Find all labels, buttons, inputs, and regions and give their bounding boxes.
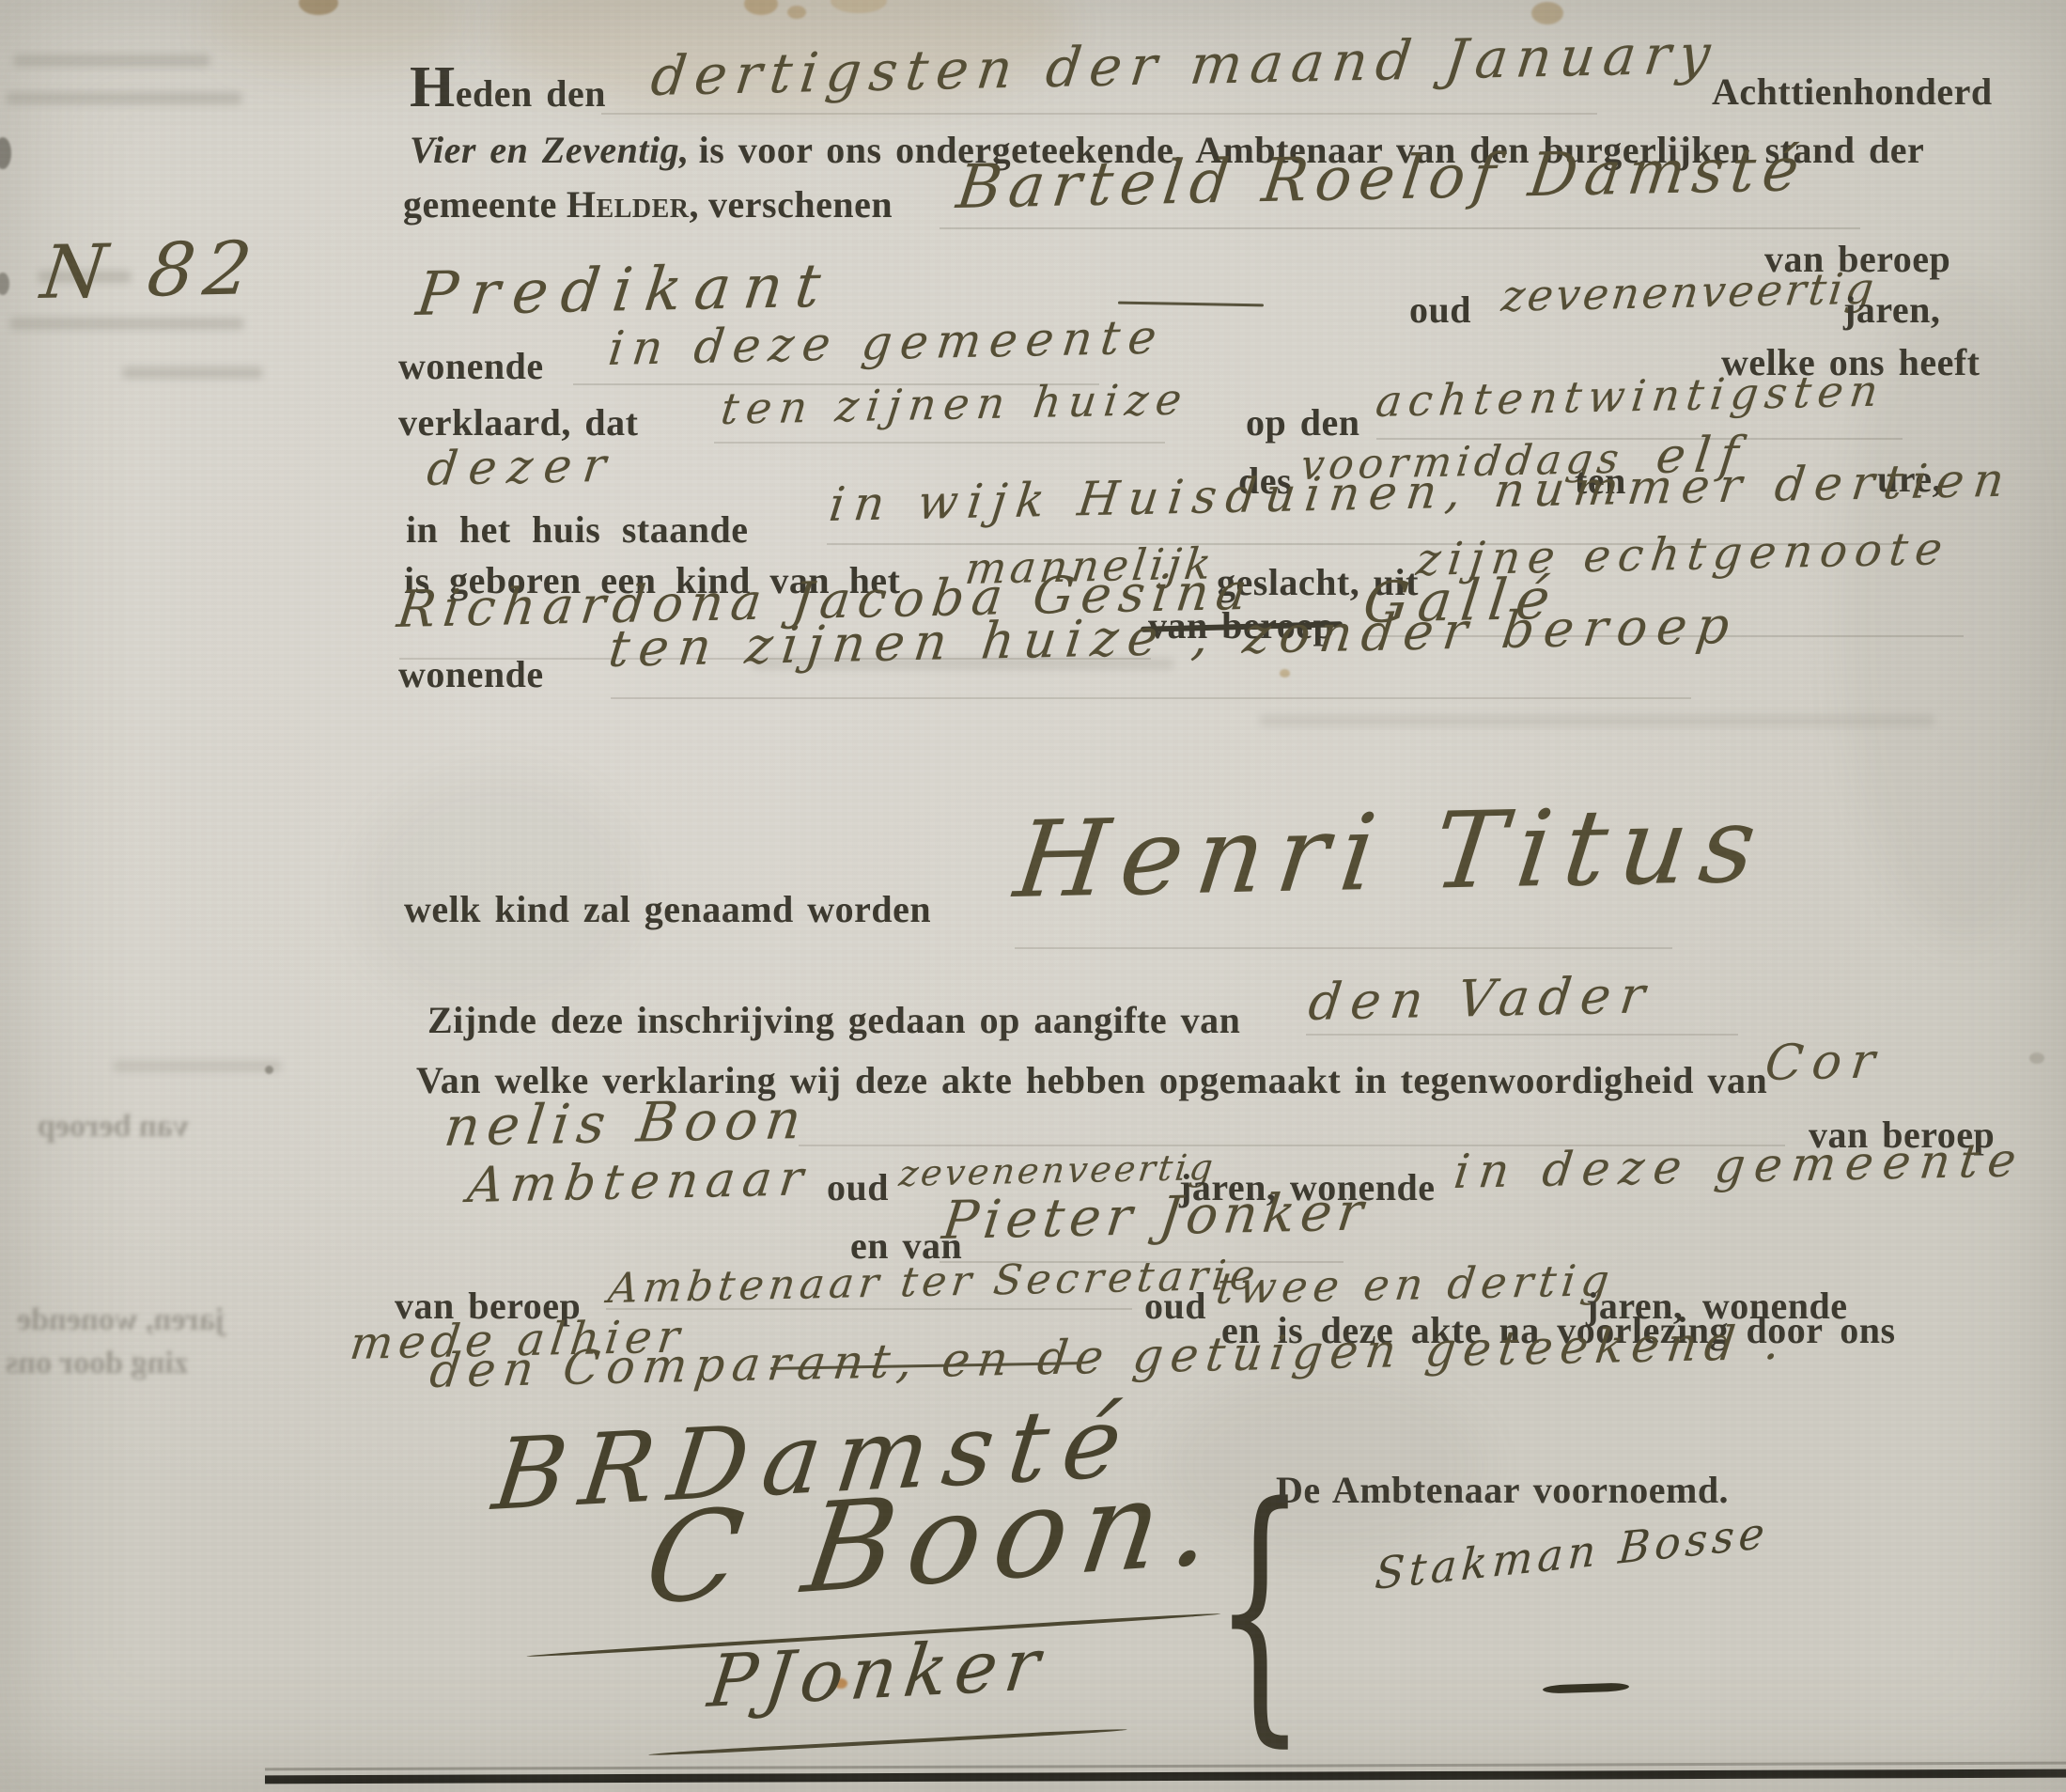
foxing-spot — [787, 6, 806, 19]
bleed-through-text: zing door ons — [6, 1346, 188, 1381]
label-zijnde: Zijnde deze inschrijving gedaan op aangi… — [427, 1002, 1240, 1039]
witness1-name-part2: nelis Boon — [442, 1092, 812, 1154]
bleed-through-strip — [122, 366, 263, 379]
form-baseline — [1306, 1034, 1738, 1036]
declarant-profession: Predikant — [413, 257, 836, 325]
label-jaren: jaren, — [1843, 291, 1940, 329]
bleed-through-text: jaren, wonende — [17, 1302, 225, 1338]
edge-mark — [0, 137, 11, 169]
form-baseline — [601, 113, 1597, 115]
declarant-age: zevenenveertig — [1499, 267, 1879, 318]
label-achttienhonderd: Achttienhonderd — [1712, 73, 1993, 111]
dezer-handwritten: dezer — [425, 442, 619, 492]
witness2-age: twee en dertig — [1214, 1258, 1617, 1310]
witness2-name: Pieter Jonker — [940, 1186, 1372, 1248]
gemeente-line: gemeenteHelder,verschenen — [403, 186, 893, 224]
signature-flourish — [648, 1728, 1127, 1757]
birth-day: achtentwintigsten — [1374, 369, 1887, 423]
label-verschenen: verschenen — [708, 183, 893, 226]
label-wonende-2: wonende — [398, 656, 544, 693]
label-oud-3: oud — [1144, 1287, 1206, 1325]
birth-certificate-scan: van beroep jaren, wonende zing door ons … — [0, 0, 2066, 1792]
signature-witness1: C Boon. — [639, 1457, 1234, 1622]
label-wonende: wonende — [398, 348, 544, 385]
house-location: in wijk Huisduinen, nummer dertien — [827, 456, 2016, 528]
label-gemeente: gemeente — [403, 183, 557, 226]
signature-witness2: PJonker — [705, 1628, 1051, 1718]
form-baseline — [1015, 947, 1672, 949]
pen-dash — [1118, 302, 1264, 307]
bleed-through-strip — [113, 1060, 282, 1072]
bleed-through-strip — [6, 92, 242, 104]
gemeente-name: Helder, — [567, 183, 699, 226]
year-italic: Vier en Zeventig, — [410, 129, 690, 171]
edge-mark — [0, 273, 9, 295]
label-op-den: op den — [1246, 404, 1360, 442]
form-baseline — [714, 442, 1165, 444]
informant: den Vader — [1306, 970, 1656, 1028]
label-heden-den: Heden den — [410, 58, 606, 117]
bleed-through-strip — [9, 318, 244, 330]
declarant-residence: in deze gemeente — [606, 313, 1167, 372]
child-name: Henri Titus — [1010, 792, 1774, 913]
label-oud: oud — [1409, 291, 1471, 329]
label-welk-kind: welk kind zal genaamd worden — [404, 891, 931, 928]
bottom-rule — [265, 1769, 2066, 1784]
signature-underline — [1543, 1682, 1629, 1693]
label-de-ambtenaar: De Ambtenaar voornoemd. — [1276, 1472, 1729, 1509]
act-number: N 82 — [38, 232, 265, 310]
form-baseline — [611, 697, 1691, 699]
birth-location: ten zijnen huize — [719, 377, 1191, 430]
label-oud-2: oud — [827, 1169, 889, 1207]
declarant-name: Barteld Roelof Damsté — [954, 140, 1810, 218]
label-verklaard-dat: verklaard, dat — [398, 404, 638, 442]
label-in-het-huis: in het huis staande — [406, 511, 748, 549]
witness1-residence: in deze gemeente — [1452, 1136, 2027, 1195]
bleed-through-text: van beroep — [38, 1109, 189, 1145]
ink-speck — [2029, 1052, 2044, 1064]
witness1-name-part1: Cor — [1763, 1036, 1887, 1088]
bleed-through-strip — [1259, 714, 1935, 726]
form-baseline — [940, 227, 1860, 229]
foxing-spot — [1531, 2, 1563, 24]
ink-speck — [1280, 669, 1290, 678]
witness1-profession: Ambtenaar — [465, 1154, 813, 1210]
bleed-through-strip — [13, 55, 210, 67]
